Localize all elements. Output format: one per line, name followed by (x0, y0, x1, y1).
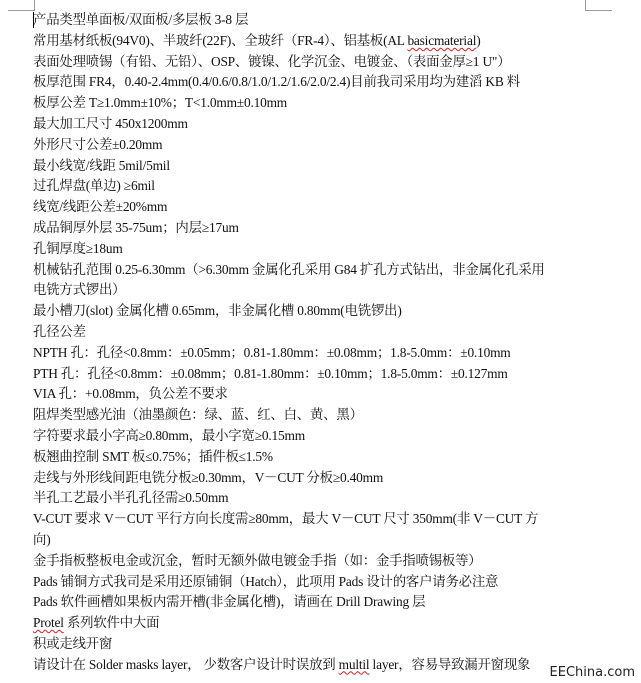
doc-line: Protel 系列软件中大面 (33, 613, 593, 634)
spelling-error-word[interactable]: Protel (33, 615, 64, 630)
doc-line: 表面处理喷锡（有铅、无铅）、OSP、镀镍、化学沉金、电镀金、（表面金厚≥1 U"… (33, 52, 593, 73)
doc-line: 过孔焊盘(单边) ≥6mil (33, 176, 593, 197)
line-text: 请设计在 Solder masks layer， 少数客户设计时误放到 (33, 657, 339, 672)
doc-line: 向) (33, 530, 593, 551)
spelling-error-word[interactable]: basicmaterial (407, 33, 476, 48)
doc-line: 金手指板整板电金或沉金，暂时无额外做电镀金手指（如：金手指喷锡板等） (33, 551, 593, 572)
line-text: ) (476, 33, 480, 48)
doc-line: 板厚范围 FR4，0.40-2.4mm(0.4/0.6/0.8/1.0/1.2/… (33, 72, 593, 93)
spelling-error-word[interactable]: multil (339, 657, 370, 672)
doc-line: PTH 孔：孔径<0.8mm：±0.08mm；0.81-1.80mm：±0.10… (33, 364, 593, 385)
doc-line: 孔径公差 (33, 322, 593, 343)
line-text: 系列软件中大面 (64, 615, 159, 630)
line-text: layer，容易导致漏开窗现象 (369, 657, 530, 672)
doc-line: 阻焊类型感光油（油墨颜色：绿、蓝、红、白、黄、黑） (33, 405, 593, 426)
doc-line: 半孔工艺最小半孔孔径需≥0.50mm (33, 488, 593, 509)
doc-line: 走线与外形线间距电铣分板≥0.30mm，V－CUT 分板≥0.40mm (33, 468, 593, 489)
doc-line: NPTH 孔：孔径<0.8mm：±0.05mm；0.81-1.80mm：±0.0… (33, 343, 593, 364)
doc-line: 线宽/线距公差±20%mm (33, 197, 593, 218)
watermark: EEChina.com (550, 665, 635, 680)
doc-line: 最大加工尺寸 450x1200mm (33, 114, 593, 135)
doc-line: 机械钻孔范围 0.25-6.30mm（>6.30mm 金属化孔采用 G84 扩孔… (33, 260, 593, 281)
doc-line: 外形尺寸公差±0.20mm (33, 135, 593, 156)
line-text: 常用基材纸板(94V0)、半玻纤(22F)、全玻纤（FR-4）、铝基板(AL (33, 33, 407, 48)
doc-line: 请设计在 Solder masks layer， 少数客户设计时误放到 mult… (33, 655, 593, 676)
doc-line: 成品铜厚外层 35-75um；内层≥17um (33, 218, 593, 239)
page-margin-corner-top-left (8, 0, 35, 11)
document-body[interactable]: 产品类型单面板/双面板/多层板 3-8 层 常用基材纸板(94V0)、半玻纤(2… (33, 10, 593, 676)
doc-line: 积或走线开窗 (33, 634, 593, 655)
doc-line: Pads 软件画槽如果板内需开槽(非金属化槽)，请画在 Drill Drawin… (33, 592, 593, 613)
doc-line: 字符要求最小字高≥0.80mm，最小字宽≥0.15mm (33, 426, 593, 447)
doc-line: Pads 铺铜方式我司是采用还原铺铜（Hatch），此项用 Pads 设计的客户… (33, 572, 593, 593)
doc-line: 孔铜厚度≥18um (33, 239, 593, 260)
doc-line: 常用基材纸板(94V0)、半玻纤(22F)、全玻纤（FR-4）、铝基板(AL b… (33, 31, 593, 52)
doc-line: 板翘曲控制 SMT 板≤0.75%；插件板≤1.5% (33, 447, 593, 468)
doc-line: 最小槽刀(slot) 金属化槽 0.65mm，非金属化槽 0.80mm(电铣锣出… (33, 301, 593, 322)
doc-line: 板厚公差 T≥1.0mm±10%；T<1.0mm±0.10mm (33, 93, 593, 114)
doc-line: VIA 孔：+0.08mm，负公差不要求 (33, 384, 593, 405)
doc-line: 最小线宽/线距 5mil/5mil (33, 156, 593, 177)
doc-line: V-CUT 要求 V－CUT 平行方向长度需≥80mm，最大 V－CUT 尺寸 … (33, 509, 593, 530)
doc-line: 电铣方式锣出） (33, 280, 593, 301)
doc-line: 产品类型单面板/双面板/多层板 3-8 层 (33, 10, 593, 31)
